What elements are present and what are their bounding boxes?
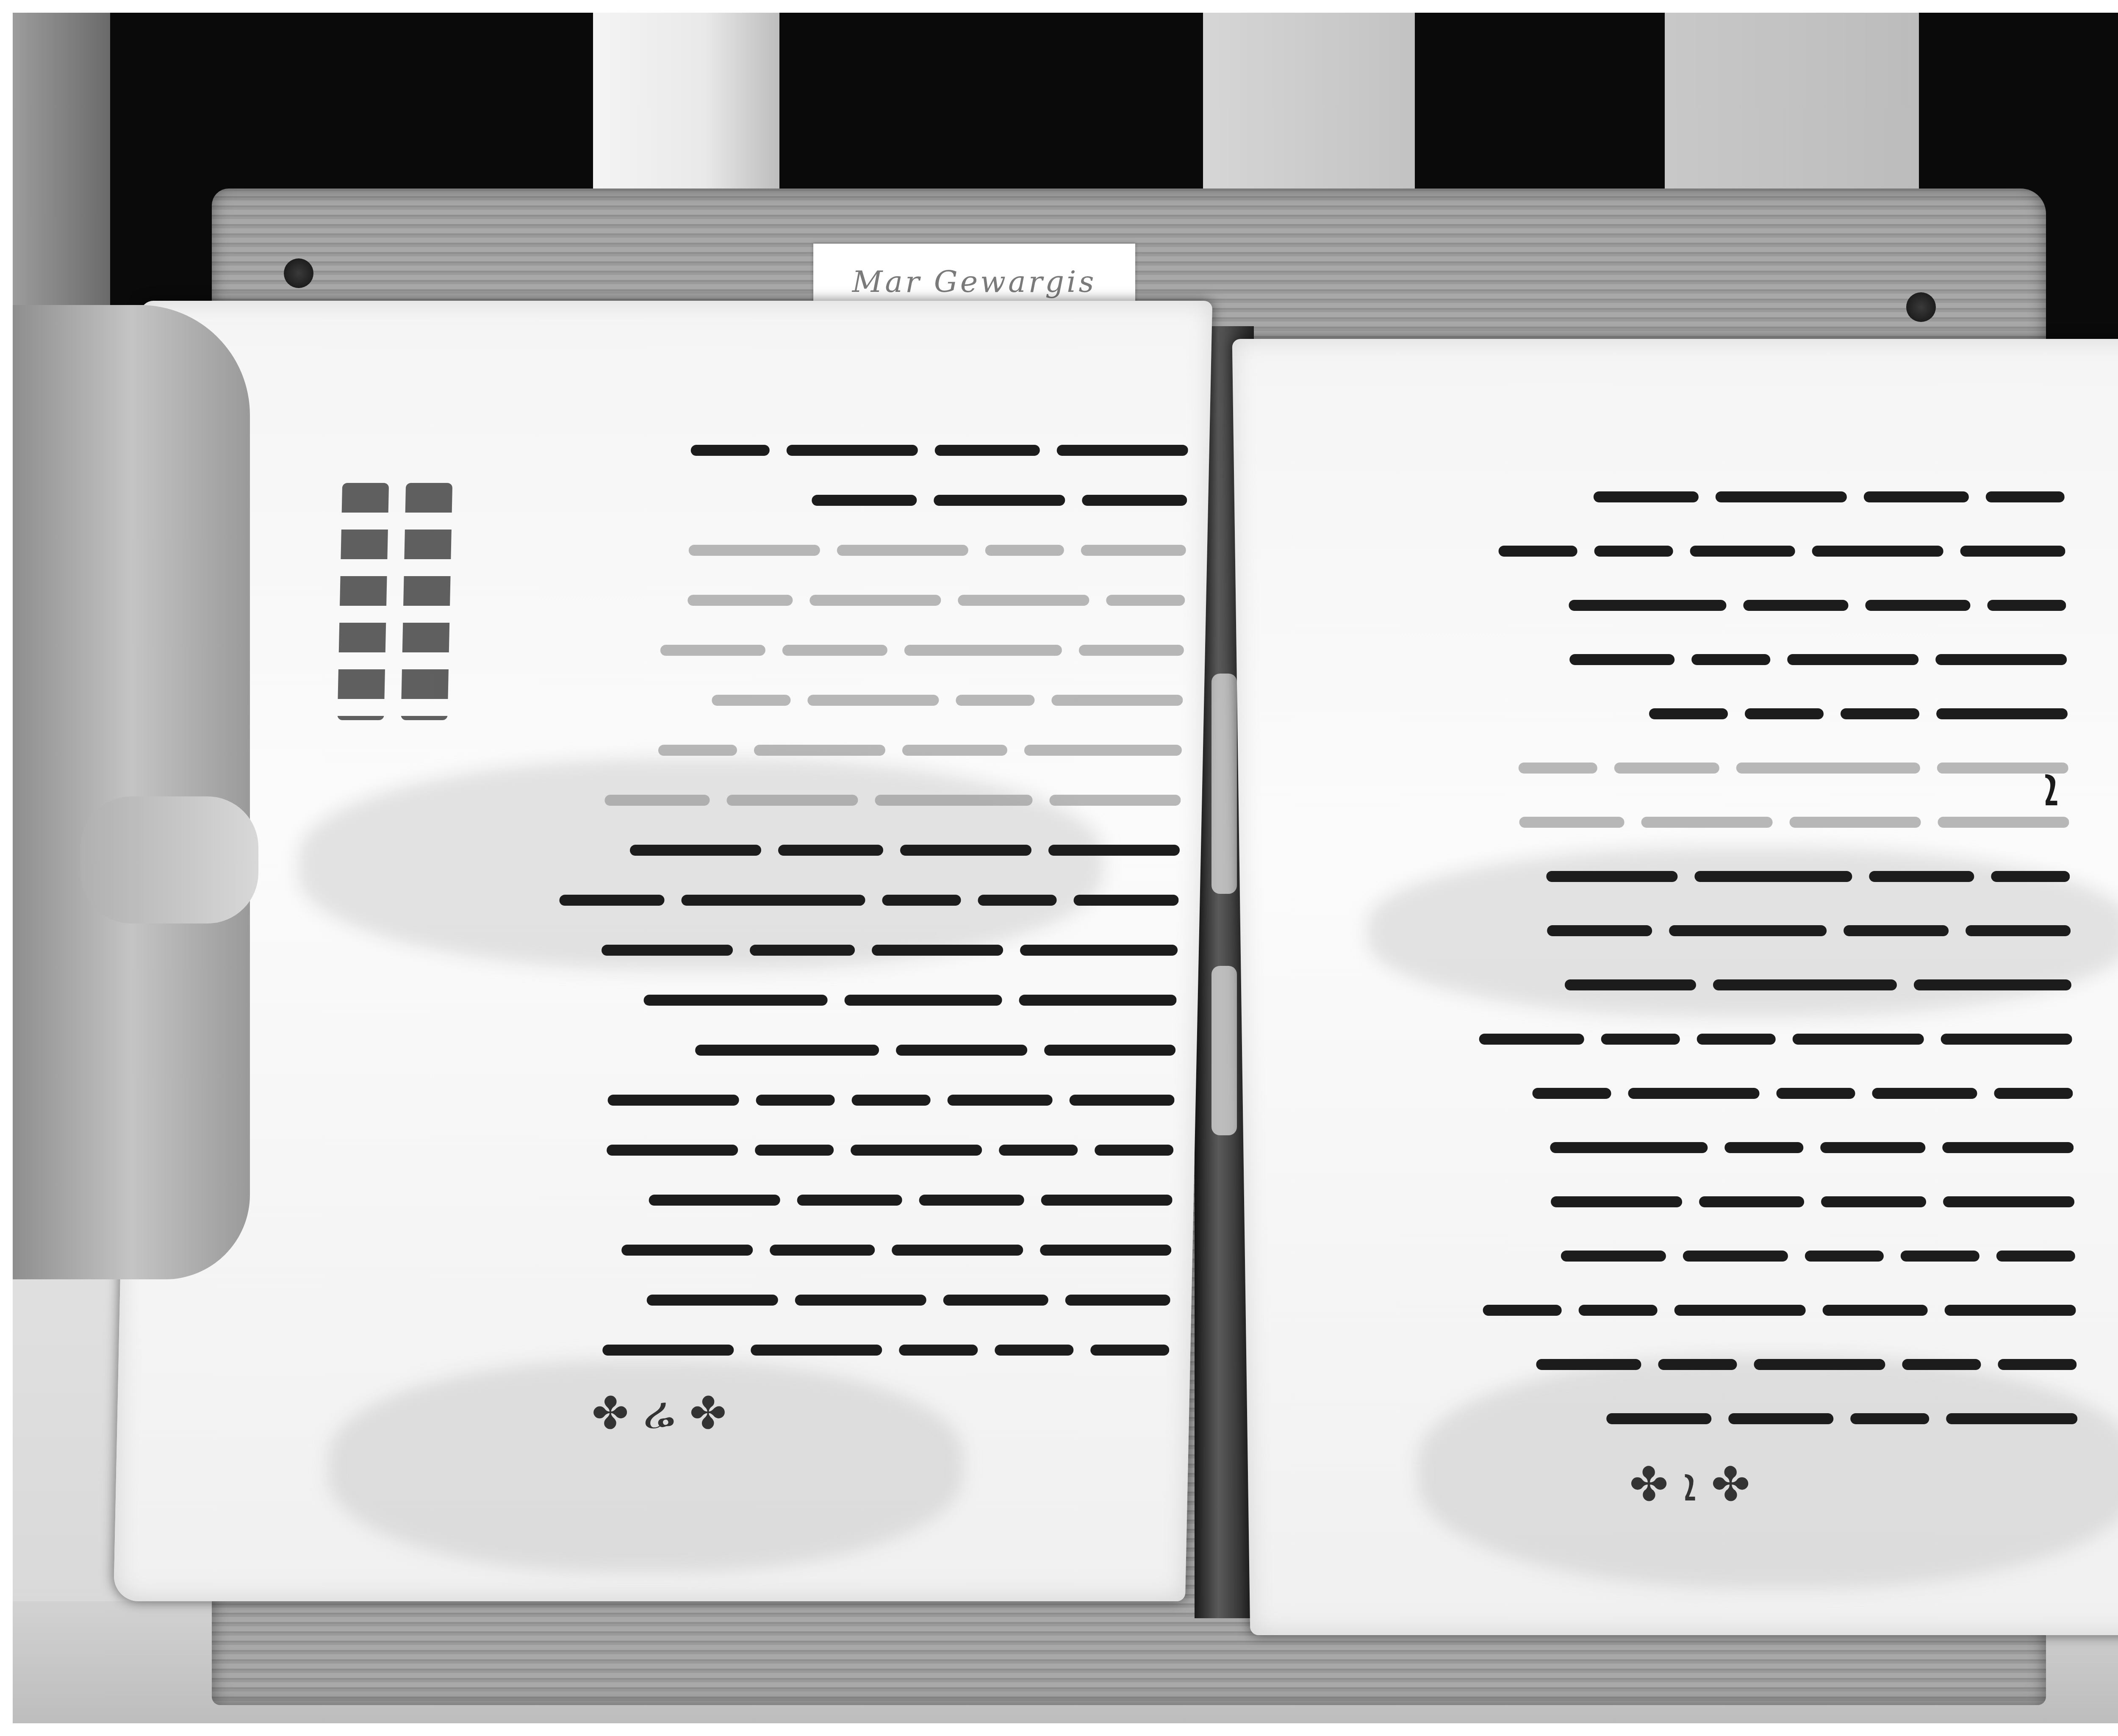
text-line — [1417, 858, 2070, 887]
script-word — [875, 795, 1033, 806]
script-word — [1805, 1251, 1884, 1262]
text-line — [461, 732, 1182, 761]
script-word — [1754, 1359, 1885, 1370]
script-word — [795, 1295, 926, 1306]
script-word — [1565, 979, 1696, 990]
script-word — [1872, 1088, 1977, 1099]
left-thumb — [80, 796, 258, 923]
script-word — [726, 795, 858, 806]
script-word — [1041, 1195, 1173, 1206]
script-word — [1561, 1251, 1666, 1262]
script-word — [1578, 1305, 1657, 1316]
script-word — [690, 445, 770, 456]
script-word — [904, 645, 1062, 656]
script-word — [809, 595, 941, 606]
right-page-text — [1412, 479, 2078, 1455]
margin-mark: ܐ — [2043, 754, 2059, 819]
script-word — [1569, 600, 1726, 611]
script-word — [689, 545, 821, 556]
script-word — [1601, 1034, 1680, 1045]
script-word — [1745, 708, 1824, 719]
script-word — [782, 645, 888, 656]
script-word — [1793, 1034, 1924, 1045]
script-word — [755, 1145, 834, 1156]
script-word — [978, 895, 1057, 906]
script-word — [786, 445, 918, 456]
text-line — [458, 882, 1179, 911]
script-word — [1594, 491, 1699, 502]
script-word — [1716, 491, 1847, 502]
script-word — [1789, 817, 1921, 828]
script-word — [1787, 654, 1918, 665]
script-word — [643, 995, 828, 1006]
script-word — [750, 945, 855, 956]
label-text: Mar Gewargis — [852, 264, 1097, 299]
script-word — [1994, 1088, 2073, 1099]
script-word — [1081, 545, 1187, 556]
script-word — [1850, 1413, 1929, 1424]
photograph: Mar Gewargis ✤ ሬ ✤ ܐ ✤ ܐ ✤ — [13, 13, 2118, 1723]
text-line — [1414, 641, 2067, 670]
script-word — [797, 1195, 902, 1206]
page-ornament: ✤ ܐ ✤ — [1629, 1457, 1750, 1512]
text-line — [1423, 1292, 2076, 1321]
right-page: ܐ ✤ ܐ ✤ — [1232, 339, 2118, 1635]
text-line — [459, 832, 1180, 861]
script-word — [778, 845, 884, 856]
script-word — [1550, 1142, 1708, 1153]
binding-thread — [1211, 674, 1237, 894]
script-word — [1736, 763, 1920, 774]
script-word — [1991, 871, 2070, 882]
script-word — [688, 595, 793, 606]
script-word — [602, 945, 733, 956]
vertical-rubric — [322, 483, 467, 720]
text-line — [1415, 696, 2068, 724]
text-line — [1418, 912, 2071, 941]
left-page: ✤ ሬ ✤ — [114, 301, 1212, 1601]
script-word — [646, 1295, 778, 1306]
script-word — [1519, 763, 1597, 774]
script-word — [1942, 1142, 2074, 1153]
script-word — [1821, 1196, 1926, 1207]
script-word — [995, 1345, 1074, 1356]
rubric-column — [401, 483, 452, 720]
script-word — [695, 1045, 879, 1056]
script-word — [1987, 600, 2066, 611]
text-line — [1414, 587, 2066, 616]
script-word — [1048, 845, 1180, 856]
text-line — [466, 532, 1186, 561]
script-word — [1901, 1251, 1979, 1262]
text-line — [1417, 804, 2069, 833]
script-word — [751, 1345, 882, 1356]
script-word — [712, 695, 791, 706]
script-word — [1691, 654, 1770, 665]
script-word — [602, 1345, 734, 1356]
script-word — [985, 545, 1065, 556]
script-word — [1674, 1305, 1805, 1316]
script-word — [621, 1245, 753, 1256]
script-word — [1479, 1034, 1584, 1045]
script-word — [1943, 1196, 2074, 1207]
text-line — [1419, 967, 2071, 996]
script-word — [844, 995, 1002, 1006]
script-word — [899, 1345, 978, 1356]
script-word — [1812, 546, 1943, 557]
nail-icon — [284, 258, 313, 288]
script-word — [1697, 1034, 1776, 1045]
script-word — [1743, 600, 1848, 611]
script-word — [630, 845, 762, 856]
binding-thread — [1211, 966, 1237, 1135]
script-word — [1986, 491, 2065, 502]
script-word — [900, 845, 1032, 856]
script-word — [956, 695, 1035, 706]
text-line — [453, 1132, 1174, 1161]
script-word — [807, 695, 939, 706]
script-word — [1946, 1413, 2077, 1424]
text-line — [449, 1332, 1170, 1361]
script-word — [1483, 1305, 1561, 1316]
script-word — [1841, 708, 1919, 719]
text-line — [463, 632, 1184, 661]
left-page-text — [449, 432, 1189, 1382]
script-word — [1551, 1196, 1682, 1207]
script-word — [1683, 1251, 1788, 1262]
script-word — [1051, 695, 1183, 706]
script-word — [1844, 925, 1949, 936]
text-line — [1425, 1400, 2078, 1429]
text-line — [460, 782, 1181, 811]
script-word — [1658, 1359, 1737, 1370]
script-word — [1024, 745, 1182, 756]
script-word — [681, 895, 865, 906]
script-word — [1694, 871, 1852, 882]
script-word — [1869, 871, 1974, 882]
script-word — [1547, 925, 1652, 936]
script-word — [1935, 654, 2067, 665]
text-line — [455, 1032, 1176, 1061]
text-line — [1420, 1075, 2073, 1104]
text-line — [1424, 1346, 2077, 1375]
script-word — [1865, 600, 1970, 611]
script-word — [1669, 925, 1827, 936]
script-word — [1090, 1345, 1170, 1356]
script-word — [1966, 925, 2071, 936]
script-word — [919, 1195, 1024, 1206]
script-word — [1776, 1088, 1855, 1099]
script-word — [1724, 1142, 1803, 1153]
script-word — [1056, 445, 1188, 456]
text-line — [1422, 1184, 2074, 1212]
text-line — [468, 432, 1188, 461]
text-line — [1413, 533, 2065, 562]
script-word — [770, 1245, 875, 1256]
text-line — [467, 482, 1187, 511]
script-word — [1606, 1413, 1711, 1424]
script-word — [1019, 995, 1177, 1006]
script-word — [1998, 1359, 2076, 1370]
script-word — [756, 1095, 835, 1106]
text-line — [456, 982, 1177, 1011]
script-word — [851, 1145, 982, 1156]
script-word — [1082, 495, 1187, 506]
script-word — [812, 495, 917, 506]
script-word — [1936, 708, 2068, 719]
script-word — [1519, 817, 1624, 828]
script-word — [1713, 979, 1897, 990]
script-word — [1106, 595, 1185, 606]
script-word — [958, 595, 1089, 606]
script-word — [649, 1195, 780, 1206]
script-word — [1628, 1088, 1759, 1099]
script-word — [1020, 945, 1178, 956]
text-line — [465, 582, 1185, 611]
script-word — [1941, 1034, 2072, 1045]
script-word — [837, 545, 969, 556]
script-word — [1498, 546, 1577, 557]
text-line — [1422, 1238, 2075, 1267]
script-word — [607, 1145, 738, 1156]
script-word — [1532, 1088, 1611, 1099]
script-word — [1536, 1359, 1641, 1370]
script-word — [851, 1095, 931, 1106]
text-line — [452, 1182, 1173, 1211]
text-line — [457, 932, 1178, 961]
script-word — [1649, 708, 1728, 719]
script-word — [1569, 654, 1674, 665]
script-word — [1728, 1413, 1833, 1424]
script-word — [1690, 546, 1795, 557]
script-word — [902, 745, 1008, 756]
script-word — [754, 745, 886, 756]
script-word — [1594, 546, 1673, 557]
page-ornament: ✤ ሬ ✤ — [591, 1385, 727, 1440]
script-word — [1065, 1295, 1170, 1306]
script-word — [1996, 1251, 2075, 1262]
script-word — [1040, 1245, 1172, 1256]
script-word — [872, 945, 1004, 956]
text-line — [1416, 750, 2068, 779]
left-hand — [13, 305, 250, 1279]
script-word — [943, 1295, 1048, 1306]
script-word — [1960, 546, 2065, 557]
text-line — [450, 1282, 1170, 1311]
rubric-column — [337, 483, 389, 720]
script-word — [658, 745, 737, 756]
text-line — [1419, 1021, 2072, 1050]
script-word — [934, 445, 1040, 456]
script-word — [1069, 1095, 1175, 1106]
script-word — [1699, 1196, 1804, 1207]
script-word — [1944, 1305, 2076, 1316]
text-line — [463, 682, 1183, 711]
script-word — [999, 1145, 1078, 1156]
script-word — [604, 795, 710, 806]
script-word — [1079, 645, 1184, 656]
script-word — [1614, 763, 1719, 774]
script-word — [934, 495, 1065, 506]
script-word — [1914, 979, 2071, 990]
text-line — [1421, 1129, 2074, 1158]
script-word — [896, 1045, 1028, 1056]
text-line — [451, 1232, 1172, 1261]
script-word — [1095, 1145, 1174, 1156]
script-word — [1044, 1045, 1176, 1056]
script-word — [947, 1095, 1053, 1106]
script-word — [1073, 895, 1179, 906]
script-word — [607, 1095, 739, 1106]
script-word — [892, 1245, 1023, 1256]
script-word — [1049, 795, 1181, 806]
script-word — [1902, 1359, 1981, 1370]
text-line — [1412, 479, 2065, 507]
script-word — [1864, 491, 1969, 502]
script-word — [1822, 1305, 1927, 1316]
script-word — [1641, 817, 1772, 828]
script-word — [882, 895, 961, 906]
text-line — [454, 1082, 1175, 1111]
script-word — [559, 895, 665, 906]
script-word — [1820, 1142, 1925, 1153]
script-word — [660, 645, 766, 656]
nail-icon — [1906, 292, 1936, 322]
script-word — [1546, 871, 1677, 882]
